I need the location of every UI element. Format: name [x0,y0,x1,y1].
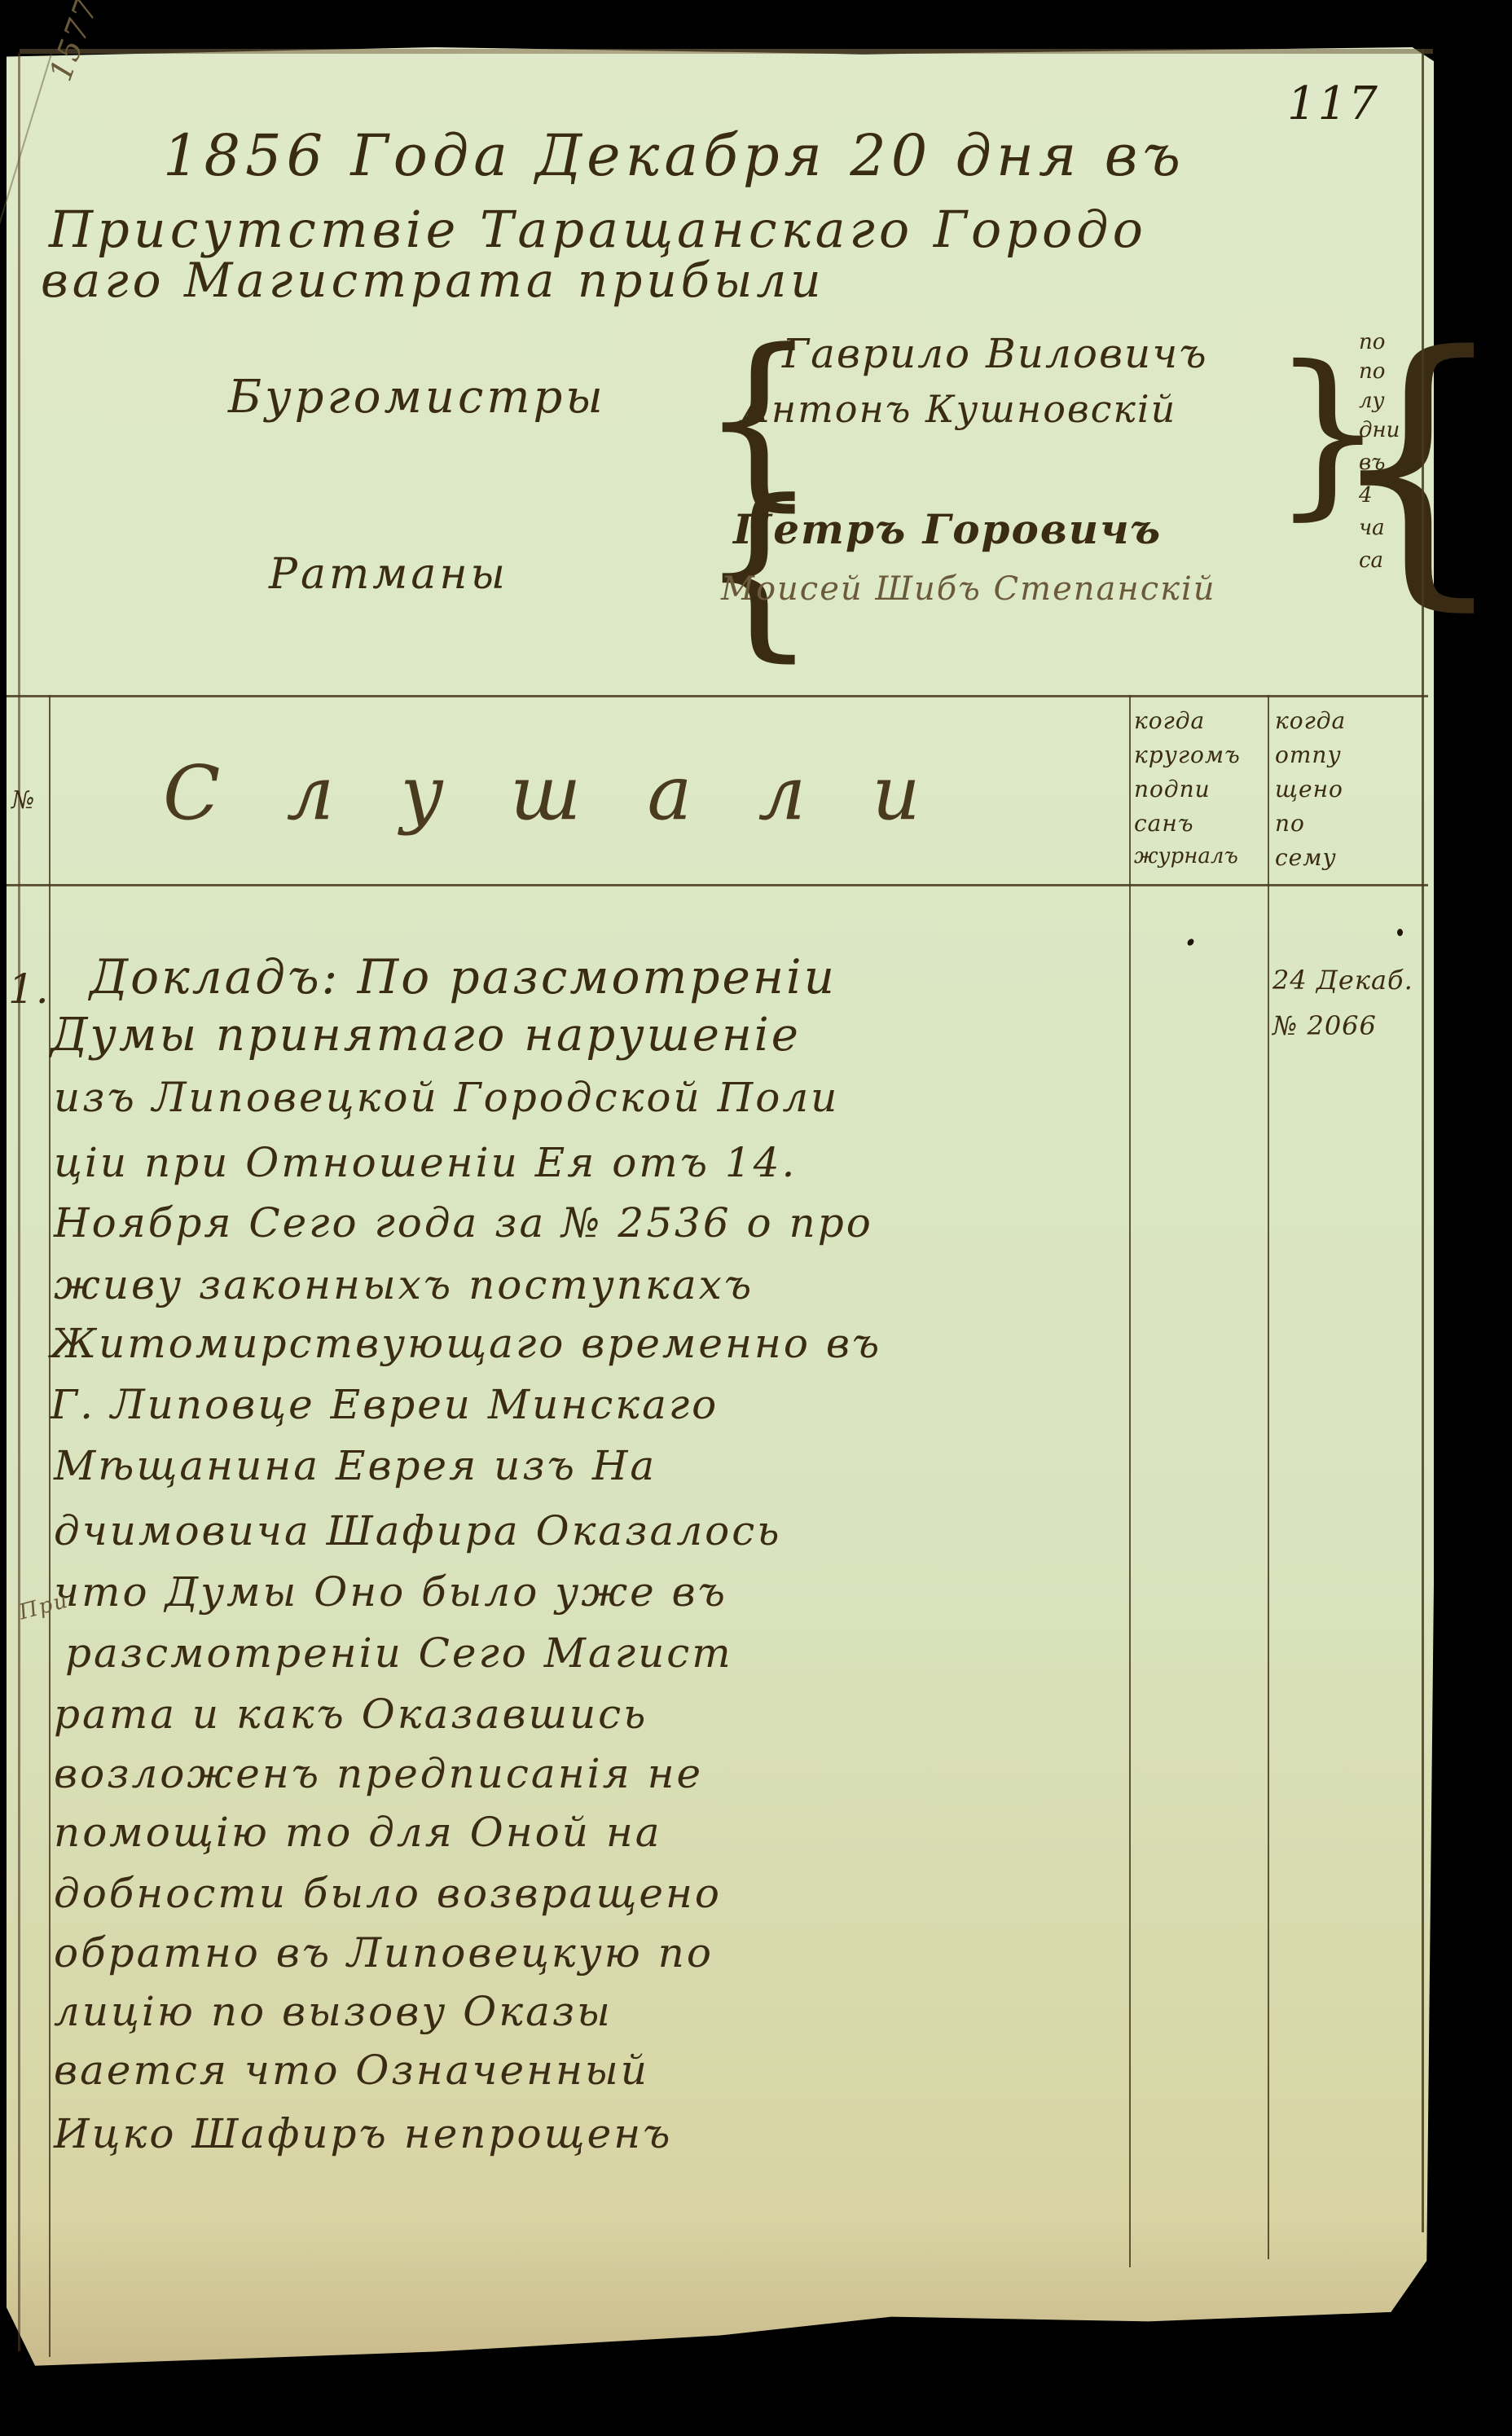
table-top-rule [7,695,1428,697]
text-line: Докладъ: По разсмотреніи [90,949,837,1005]
text-line: лицію по вызову Оказы [54,1988,613,2035]
column-rule-received [1129,695,1131,2267]
header-line: щено [1275,776,1417,810]
burgomaster-name-1: Гаврило Виловичъ [782,330,1208,377]
text-line: обратно въ Липовецкую по [54,1929,714,1977]
header-line: кругомъ [1134,741,1264,776]
text-line: Думы принятаго нарушеніе [51,1009,801,1062]
text-line: возложенъ предписанія не [54,1750,703,1797]
column-header-heard: С л у ш а л и [163,750,942,837]
ratman-name-2: Моисей Шибъ Степанскій [721,570,1216,608]
folio-number: 117 [1287,77,1379,130]
column-rule-num [49,695,51,2357]
text-line: Ноября Сего года за № 2536 о про [54,1199,873,1247]
column-rule-executed [1268,695,1269,2259]
page-top-edge [20,49,1433,54]
header-line: когда [1275,707,1417,741]
header-line: отпу [1275,741,1417,776]
side-note-text: по [1359,359,1424,389]
burgomaster-name-2: Антонъ Кушновскій [741,387,1176,431]
left-margin-rule [18,54,20,2351]
side-note-text: 4 [1359,483,1424,516]
column-header-num: № [11,786,36,815]
header-line-2: Присутствіе Таращанскаго Городо [49,200,1147,259]
text-line: Ицко Шафиръ непрощенъ [54,2110,673,2157]
ink-dot [1397,929,1403,936]
text-line: помощію то для Оной на [54,1809,662,1856]
text-line: Мѣщанина Еврея изъ Ha [54,1442,657,1489]
burgomasters-label: Бургомистры [228,371,606,424]
row-number: 1. [8,965,51,1013]
executed-date-note: 24 Декаб. № 2066 [1272,957,1419,1049]
text-line: живу законныхъ поступкахъ [54,1261,754,1308]
text-line: Житомирствующаго временно въ [51,1320,881,1367]
header-line-1: 1856 Года Декабря 20 дня въ [163,122,1185,189]
side-note-text: са [1359,548,1424,581]
side-note-text: по [1359,330,1424,359]
side-note-text: въ [1359,451,1424,483]
header-line: по [1275,810,1417,844]
side-note-column: по по лу дни въ 4 ча са [1359,330,1424,581]
text-line: рата и какъ Оказавшись [54,1691,648,1738]
header-line-3: ваго Магистрата прибыли [41,253,825,308]
column-header-received: когда кругомъ подпи санъ журналъ [1134,707,1264,878]
text-line: добности было возвращено [54,1870,722,1917]
header-line: сему [1275,844,1417,878]
side-note-text: лу [1359,389,1424,418]
text-line: Г. Липовце Евреи Минскаго [51,1381,719,1428]
column-rule-right-edge [1422,49,1424,2232]
text-line: разсмотреніи Сего Магист [65,1629,733,1677]
text-line: ціи при Отношеніи Ея отъ 14. [54,1139,797,1186]
text-line: изъ Липовецкой Городской Поли [54,1074,839,1121]
text-line: дчимовича Шафира Оказалось [54,1507,781,1554]
table-header-bottom-rule [7,884,1428,886]
side-note-text: дни [1359,418,1424,451]
text-line: что Думы Оно было уже въ [54,1568,727,1616]
header-line: подпи [1134,776,1264,810]
header-line: когда [1134,707,1264,741]
ratmans-label: Ратманы [269,550,508,599]
column-header-executed: когда отпу щено по сему [1275,707,1417,878]
header-line: санъ [1134,810,1264,844]
header-line: журналъ [1134,844,1264,878]
text-line: вается что Означенный [54,2047,649,2094]
side-note-text: ча [1359,516,1424,548]
ratman-name-1: Петръ Горовичъ [733,505,1162,553]
